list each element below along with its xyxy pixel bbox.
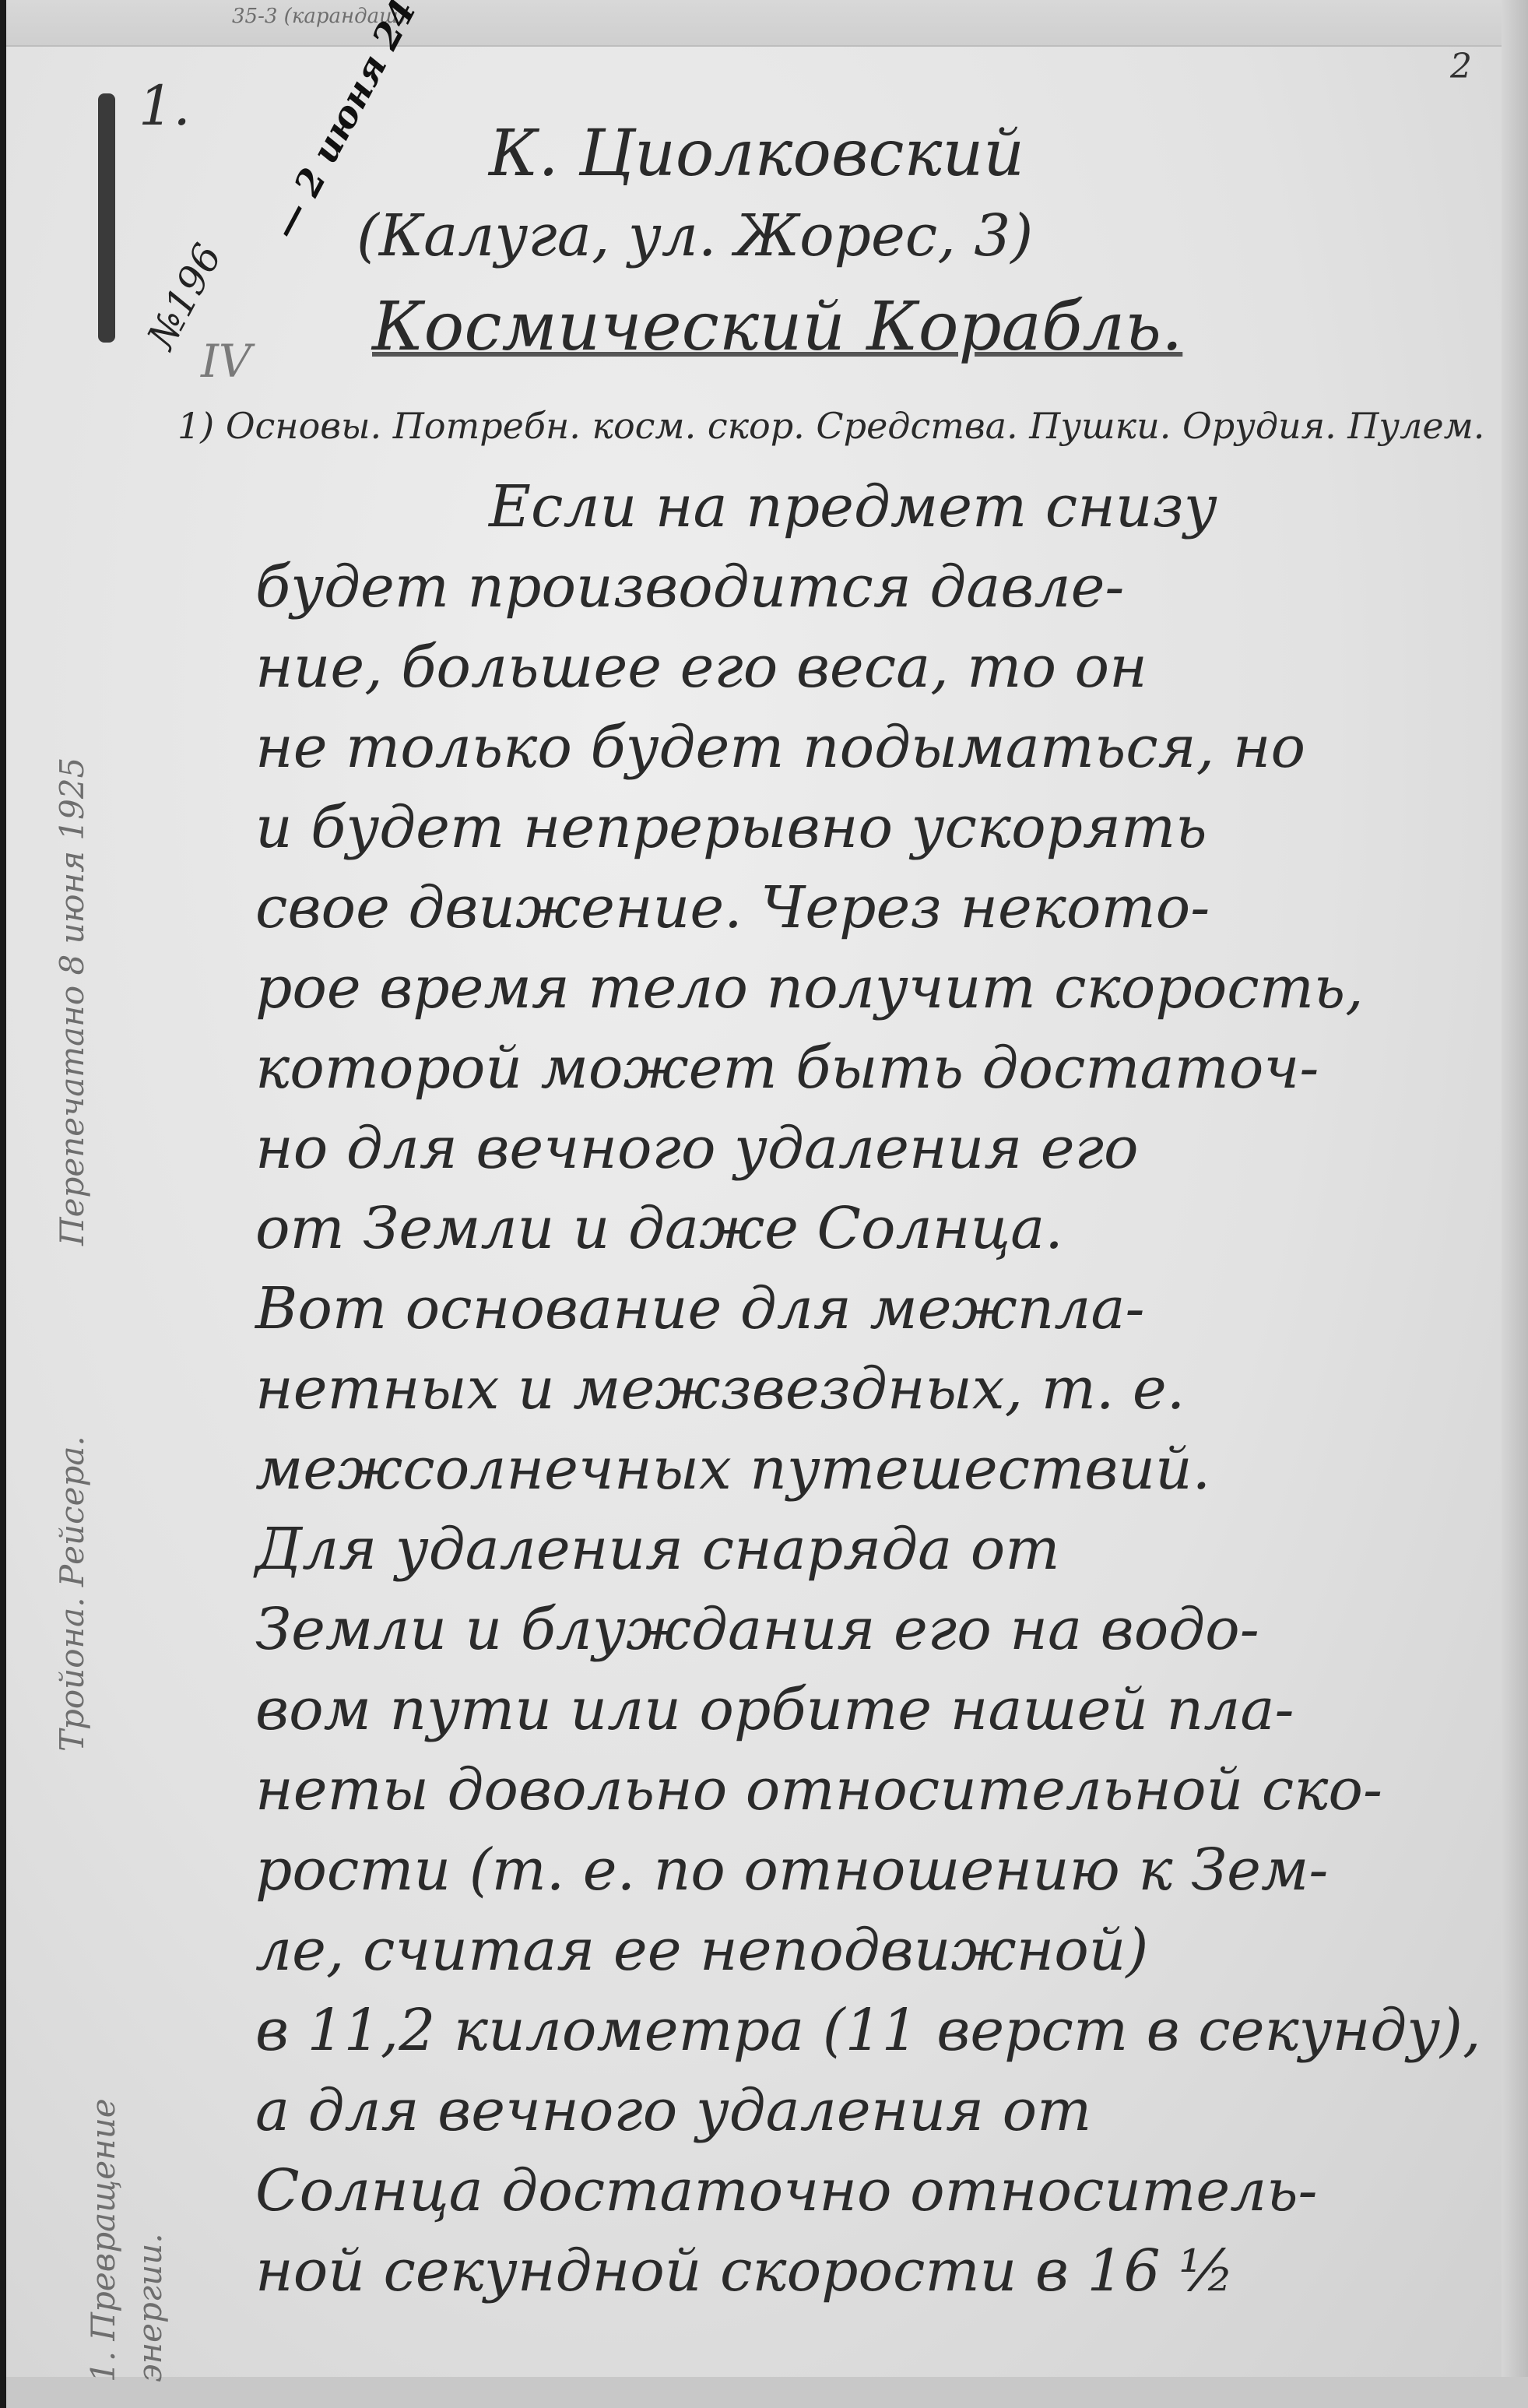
body-line: в 11,2 километра (11 верст в секунду), [255, 1991, 1501, 2071]
body-line: не только будет подыматься, но [255, 708, 1501, 788]
margin-note-reprinted: Перепечатано 8 июня 1925 [53, 758, 91, 1246]
body-line: Земли и блуждания его на водо- [255, 1590, 1501, 1670]
body-line: Вот основание для межпла- [255, 1269, 1501, 1349]
body-line: рое время тело получит скорость, [255, 948, 1501, 1028]
body-line: Солнца достаточно относитель- [255, 2151, 1501, 2231]
page-right-edge [1502, 0, 1528, 2408]
body-text: Если на предмет снизу будет производится… [255, 467, 1501, 2311]
body-line: от Земли и даже Солнца. [255, 1189, 1501, 1269]
body-line: неты довольно относительной ско- [255, 1750, 1501, 1830]
margin-bar-mark [98, 93, 115, 343]
body-line: но для вечного удаления его [255, 1109, 1501, 1189]
body-line: свое движение. Через некото- [255, 868, 1501, 948]
page-bottom-strip [6, 2377, 1528, 2408]
body-line: ле, считая ее неподвижной) [255, 1911, 1501, 1991]
body-line: ной секундной скорости в 16 ½ [255, 2231, 1501, 2311]
body-line: рости (т. е. по отношению к Зем- [255, 1830, 1501, 1911]
document-title: Космический Корабль. [372, 288, 1182, 366]
margin-note-names: Тройона. Рейсера. [53, 1436, 91, 1752]
body-line: нетных и межзвездных, т. е. [255, 1349, 1501, 1429]
body-line: Для удаления снаряда от [255, 1510, 1501, 1590]
body-line: Если на предмет снизу [489, 467, 1501, 547]
author-address: (Калуга, ул. Жорес, 3) [357, 202, 1033, 269]
roman-numeral-mark: IV [201, 335, 251, 388]
page-number: 2 [1450, 47, 1472, 86]
body-line: вом пути или орбите нашей пла- [255, 1670, 1501, 1750]
body-line: ние, большее его веса, то он [255, 627, 1501, 708]
body-line: будет производится давле- [255, 547, 1501, 627]
author-name: К. Циолковский [489, 117, 1024, 191]
margin-note-topic-1: 1. Превращение [84, 2098, 122, 2382]
body-line: и будет непрерывно ускорять [255, 788, 1501, 868]
outline-line: 1) Основы. Потребн. косм. скор. Средства… [177, 405, 1484, 447]
body-line: а для вечного удаления от [255, 2071, 1501, 2151]
body-line: которой может быть достаточ- [255, 1028, 1501, 1109]
manuscript-page: 35-3 (карандаш) 1. 2 №196 — 2 июня 24 IV… [6, 0, 1528, 2408]
margin-note-topic-2: энергии. [131, 2233, 169, 2382]
body-line: межсолнечных путешествий. [255, 1429, 1501, 1510]
folio-number: 1. [139, 74, 191, 138]
